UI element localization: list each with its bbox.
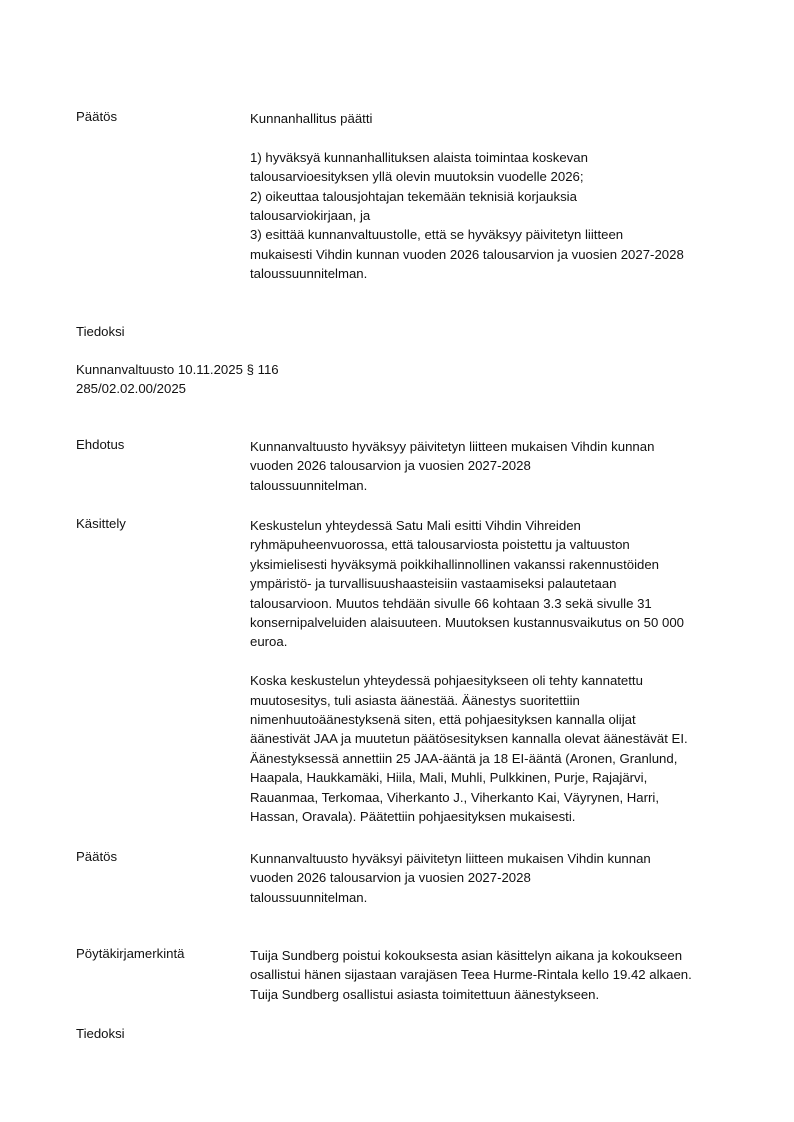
paragraph-line: talousarvioon. Muutos tehdään sivulle 66… [250,594,760,613]
paragraph-line: nimenhuutoäänestyksenä siten, että pohja… [250,710,760,729]
section-label: Päätös [76,849,117,864]
meeting-reference: Kunnanvaltuusto 10.11.2025 § 116 285/02.… [76,360,279,399]
paragraph-line: konsernipalveluiden alaisuuteen. Muutoks… [250,613,760,632]
decision-line: 1) hyväksyä kunnanhallituksen alaista to… [250,148,760,167]
decision-line: 2) oikeuttaa talousjohtajan tekemään tek… [250,187,760,206]
section-label: Päätös [76,109,117,124]
paragraph-line: ympäristö- ja turvallisuushaasteisiin va… [250,574,760,593]
paragraph-line: Hassan, Oravala). Päätettiin pohjaesityk… [250,807,760,826]
section-content: Kunnanvaltuusto hyväksyy päivitetyn liit… [250,437,760,495]
section-content: Kunnanvaltuusto hyväksyi päivitetyn liit… [250,849,760,907]
decision-line: mukaisesti Vihdin kunnan vuoden 2026 tal… [250,245,760,264]
decision-line: taloussuunnitelman. [250,264,760,283]
paragraph-line: euroa. [250,632,760,651]
decision-line: vuoden 2026 talousarvion ja vuosien 2027… [250,868,760,887]
diary-number: 285/02.02.00/2025 [76,379,279,398]
decision-intro: Kunnanhallitus päätti [250,109,760,128]
paragraph-line: ryhmäpuheenvuorossa, että talousarviosta… [250,535,760,554]
paragraph-line: Äänestyksessä annettiin 25 JAA-ääntä ja … [250,749,760,768]
decision-line: 3) esittää kunnanvaltuustolle, että se h… [250,225,760,244]
proposal-line: vuoden 2026 talousarvion ja vuosien 2027… [250,456,760,475]
proposal-line: taloussuunnitelman. [250,476,760,495]
section-label: Ehdotus [76,437,124,452]
document-page: Päätös Kunnanhallitus päätti 1) hyväksyä… [0,0,794,1122]
decision-line: talousarvioesityksen yllä olevin muutoks… [250,167,760,186]
section-label: Käsittely [76,516,126,531]
meeting-reference-title: Kunnanvaltuusto 10.11.2025 § 116 [76,360,279,379]
proposal-line: Kunnanvaltuusto hyväksyy päivitetyn liit… [250,437,760,456]
section-label: Pöytäkirjamerkintä [76,946,184,961]
minutes-note-line: Tuija Sundberg poistui kokouksesta asian… [250,946,760,965]
section-tiedoksi: Tiedoksi [76,1024,125,1043]
section-content: Keskustelun yhteydessä Satu Mali esitti … [250,516,760,826]
decision-line: talousarviokirjaan, ja [250,206,760,225]
decision-line: Kunnanvaltuusto hyväksyi päivitetyn liit… [250,849,760,868]
paragraph-line: Haapala, Haukkamäki, Hiila, Mali, Muhli,… [250,768,760,787]
paragraph-line: Keskustelun yhteydessä Satu Mali esitti … [250,516,760,535]
section-tiedoksi: Tiedoksi [76,322,125,341]
paragraph-line: äänestivät JAA ja muutetun päätösesityks… [250,729,760,748]
section-content: Kunnanhallitus päätti 1) hyväksyä kunnan… [250,109,760,284]
handling-paragraph-2: Koska keskustelun yhteydessä pohjaesityk… [250,671,760,826]
paragraph-line: muutosesitys, tuli asiasta äänestää. Ään… [250,691,760,710]
minutes-note-line: Tuija Sundberg osallistui asiasta toimit… [250,985,760,1004]
paragraph-line: Rauanmaa, Terkomaa, Viherkanto J., Viher… [250,788,760,807]
paragraph-line: yksimielisesti hyväksymä poikkihallinnol… [250,555,760,574]
section-content: Tuija Sundberg poistui kokouksesta asian… [250,946,760,1004]
decision-line: taloussuunnitelman. [250,888,760,907]
handling-paragraph-1: Keskustelun yhteydessä Satu Mali esitti … [250,516,760,652]
minutes-note-line: osallistui hänen sijastaan varajäsen Tee… [250,965,760,984]
paragraph-line: Koska keskustelun yhteydessä pohjaesityk… [250,671,760,690]
